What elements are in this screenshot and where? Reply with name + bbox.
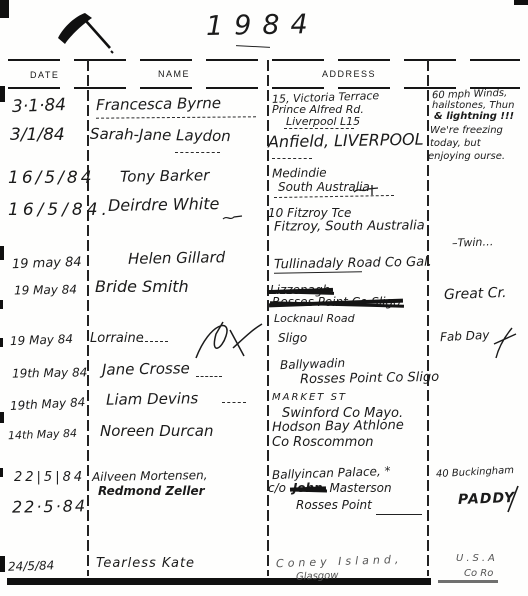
- comment-line: enjoying ourse.: [428, 152, 505, 162]
- signature-flourish-icon: [492, 326, 518, 360]
- entry-name: Sarah-Jane Laydon: [90, 127, 231, 144]
- ruled-line: [96, 116, 256, 118]
- address-line: Sligo: [278, 332, 307, 344]
- pen-scribble-icon: [52, 8, 118, 54]
- entry-date: 19th May 84: [12, 366, 87, 379]
- signature-flourish-icon: [186, 318, 266, 366]
- address-line: Co Roscommon: [272, 436, 374, 449]
- bottom-scan-bar: [438, 580, 498, 583]
- column-header-name: NAME: [158, 69, 190, 79]
- address-line: Liverpool L15: [286, 116, 360, 127]
- entry-name: Noreen Durcan: [100, 424, 213, 439]
- address-line-careof: c/o John Masterson: [268, 482, 392, 494]
- entry-date: 16/5/84.: [8, 202, 111, 219]
- ruled-line: [222, 402, 246, 403]
- ruled-line: [274, 195, 394, 198]
- entry-name: Tearless Kate: [96, 557, 195, 570]
- scan-artifact: [0, 338, 3, 347]
- comment-line: Fab Day: [440, 329, 490, 344]
- comment-line: 40 Buckingham: [436, 466, 514, 480]
- signature-flourish-icon: [504, 484, 520, 514]
- ruled-line: [175, 152, 220, 153]
- comment-line: hailstones, Thun: [432, 101, 514, 111]
- entry-date: 19 May 84: [14, 283, 77, 296]
- careof-prefix: c/o: [268, 481, 286, 495]
- scan-artifact: [0, 86, 5, 102]
- entry-date: 3/1/84: [10, 127, 65, 144]
- ruled-line: [274, 271, 362, 274]
- table-top-line: [8, 59, 520, 61]
- comment-line: today, but: [430, 139, 481, 149]
- entry-name: Tony Barker: [120, 168, 210, 185]
- ruled-line: [272, 158, 312, 159]
- address-line: Anfield, LIVERPOOL: [268, 132, 424, 151]
- title-underline: [236, 45, 270, 48]
- scan-artifact: [514, 0, 528, 5]
- entry-name: Deirdre White: [108, 196, 220, 214]
- comment-line: Great Cr.: [444, 286, 507, 302]
- scan-artifact: [0, 246, 4, 260]
- address-line: Prince Alfred Rd.: [272, 104, 364, 115]
- entry-date: 19 May 84: [10, 333, 73, 347]
- comment-line: –Twin…: [452, 236, 494, 248]
- entry-name: Lorraine: [90, 332, 144, 345]
- address-line: South Australia: [278, 181, 370, 193]
- entry-name: Redmond Zeller: [98, 485, 205, 497]
- entry-date: 14th May 84: [8, 428, 77, 441]
- address-line: Fitzroy, South Australia: [274, 219, 425, 233]
- comment-line: We're freezing: [430, 126, 503, 136]
- address-line: Glasgow: [296, 571, 339, 582]
- careof-suffix: Masterson: [329, 481, 391, 495]
- comment-line: & lightning !!!: [434, 112, 514, 122]
- address-line: Rosses Point Co Sligo: [300, 371, 439, 386]
- address-line: Ballyincan Palace, *: [272, 465, 391, 481]
- column-header-address: ADDRESS: [322, 69, 376, 79]
- scan-artifact: [0, 300, 3, 309]
- entry-date: 22·5·84: [12, 498, 87, 515]
- address-line: 10 Fitzroy Tce: [268, 207, 351, 219]
- comment-line: Co Ro: [464, 569, 493, 579]
- comment-line: U.S.A: [456, 554, 498, 564]
- scan-artifact: [0, 556, 5, 572]
- address-line-struck: Rosses Point Co Sligo: [272, 296, 400, 308]
- struck-text: John: [293, 482, 323, 494]
- entry-name: Bride Smith: [95, 279, 189, 295]
- scan-artifact: [0, 0, 9, 18]
- address-line: Market St: [272, 393, 347, 403]
- bottom-scan-bar: [7, 578, 431, 585]
- year-title: 1984: [206, 11, 319, 40]
- header-bottom-line: [8, 87, 520, 89]
- ruled-line: [196, 376, 222, 377]
- address-line: Locknaul Road: [274, 313, 355, 324]
- address-line: Tullinadaly Road Co Gal.: [274, 256, 432, 272]
- address-line: Rosses Point: [296, 499, 372, 511]
- entry-date: 19th May 84: [10, 396, 86, 412]
- ruled-line: [140, 341, 168, 342]
- entry-date: 22|5|84: [14, 471, 85, 484]
- ruled-line: [376, 514, 422, 515]
- address-line: Hodson Bay Athlone: [272, 419, 404, 434]
- entry-name: Jane Crosse: [102, 361, 190, 378]
- entry-date: 16/5/84: [8, 170, 95, 187]
- entry-name: Liam Devins: [106, 391, 198, 408]
- entry-date: 3·1·84: [12, 97, 67, 116]
- scan-artifact: [0, 412, 4, 423]
- entry-name: Francesca Byrne: [96, 96, 221, 113]
- entry-date: 24/5/84: [8, 559, 55, 573]
- grid-vline: [87, 60, 89, 576]
- grid-vline: [427, 60, 429, 576]
- entry-date: 19 may 84: [12, 256, 82, 271]
- entry-name: Helen Gillard: [128, 250, 225, 267]
- guestbook-page: 1984 DATE NAME ADDRESS 3·1·84 Francesca …: [0, 0, 528, 596]
- address-line: Ballywadin: [280, 357, 345, 371]
- scan-artifact: [0, 468, 3, 477]
- address-line: Medindie: [272, 167, 327, 180]
- struck-text: Rosses Point Co Sligo: [272, 296, 400, 308]
- entry-name: Ailveen Mortensen,: [92, 469, 208, 483]
- ink-mark: [222, 213, 244, 223]
- ruled-line: [284, 128, 354, 129]
- address-line: Coney Island,: [276, 554, 403, 569]
- column-header-date: DATE: [30, 70, 59, 80]
